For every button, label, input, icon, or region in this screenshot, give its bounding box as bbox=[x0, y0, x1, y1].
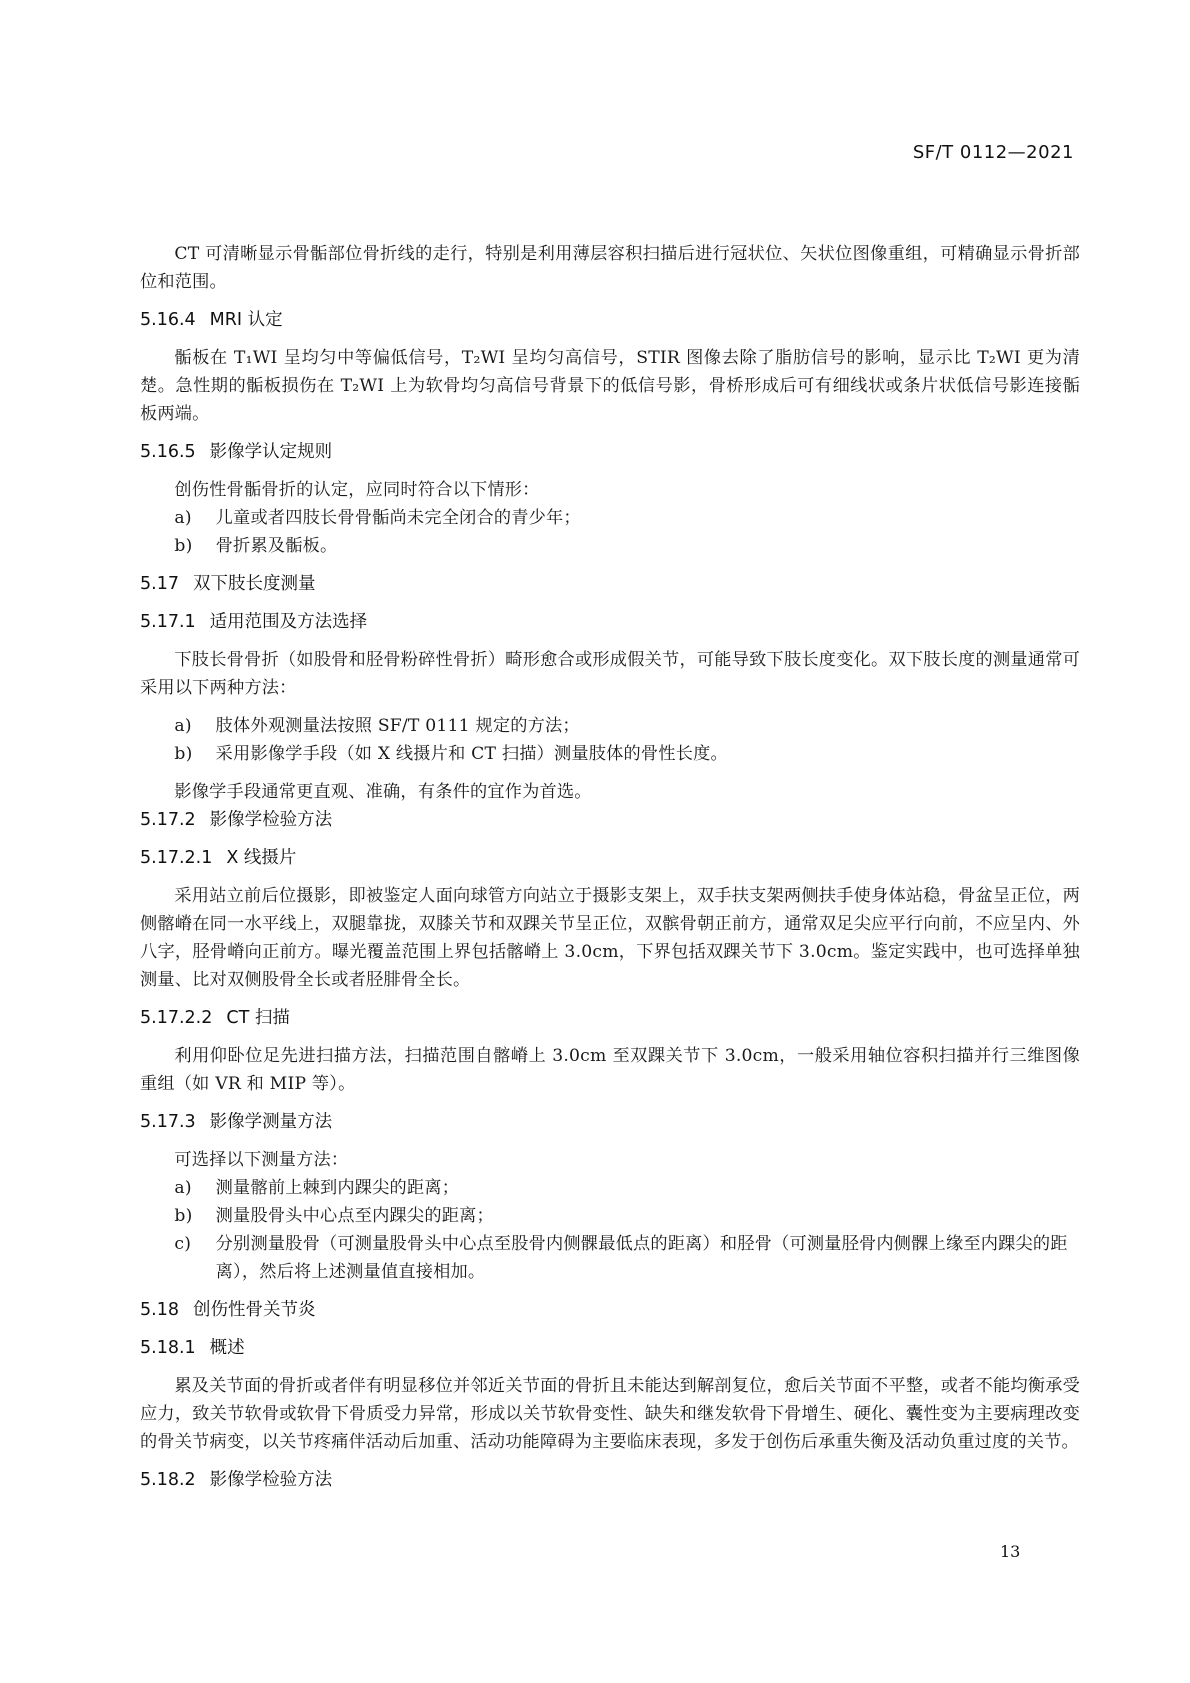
section-title: 影像学测量方法 bbox=[210, 1112, 333, 1132]
list-item: c)分别测量股骨（可测量股骨头中心点至股骨内侧髁最低点的距离）和胫骨（可测量胫骨… bbox=[140, 1230, 1080, 1286]
section-heading: 5.18.1概述 bbox=[140, 1334, 1080, 1362]
paragraph: 骺板在 T₁WI 呈均匀中等偏低信号，T₂WI 呈均匀高信号，STIR 图像去除… bbox=[140, 344, 1080, 428]
list-item-text: 测量股骨头中心点至内踝尖的距离； bbox=[216, 1206, 494, 1226]
list-item-text: 肢体外观测量法按照 SF/T 0111 规定的方法； bbox=[216, 716, 580, 736]
section-number: 5.18.1 bbox=[140, 1334, 196, 1362]
standard-code: SF/T 0112—2021 bbox=[913, 142, 1074, 163]
section-heading: 5.18创伤性骨关节炎 bbox=[140, 1296, 1080, 1324]
paragraph: CT 可清晰显示骨骺部位骨折线的走行，特别是利用薄层容积扫描后进行冠状位、矢状位… bbox=[140, 240, 1080, 296]
section-number: 5.17.1 bbox=[140, 608, 196, 636]
list-item: b)采用影像学手段（如 X 线摄片和 CT 扫描）测量肢体的骨性长度。 bbox=[140, 740, 1080, 768]
list-intro: 创伤性骨骺骨折的认定，应同时符合以下情形： bbox=[140, 476, 1080, 504]
section-heading: 5.17.2.1X 线摄片 bbox=[140, 844, 1080, 872]
section-title: 影像学检验方法 bbox=[210, 1470, 333, 1490]
enumerated-list: a)肢体外观测量法按照 SF/T 0111 规定的方法；b)采用影像学手段（如 … bbox=[140, 712, 1080, 768]
list-marker: c) bbox=[174, 1230, 215, 1258]
list-item: b)测量股骨头中心点至内踝尖的距离； bbox=[140, 1202, 1080, 1230]
list-marker: b) bbox=[174, 1202, 215, 1230]
section-title: MRI 认定 bbox=[210, 310, 283, 330]
paragraph: 采用站立前后位摄影，即被鉴定人面向球管方向站立于摄影支架上，双手扶支架两侧扶手使… bbox=[140, 882, 1080, 994]
section-heading: 5.17双下肢长度测量 bbox=[140, 570, 1080, 598]
section-number: 5.18.2 bbox=[140, 1466, 196, 1494]
list-item-text: 采用影像学手段（如 X 线摄片和 CT 扫描）测量肢体的骨性长度。 bbox=[216, 744, 728, 764]
list-item-text: 测量髂前上棘到内踝尖的距离； bbox=[216, 1178, 459, 1198]
section-title: 适用范围及方法选择 bbox=[210, 612, 368, 632]
document-body: CT 可清晰显示骨骺部位骨折线的走行，特别是利用薄层容积扫描后进行冠状位、矢状位… bbox=[140, 240, 1080, 1504]
section-number: 5.17 bbox=[140, 570, 179, 598]
section-heading: 5.17.2.2CT 扫描 bbox=[140, 1004, 1080, 1032]
list-item-text: 分别测量股骨（可测量股骨头中心点至股骨内侧髁最低点的距离）和胫骨（可测量胫骨内侧… bbox=[216, 1234, 1068, 1282]
section-number: 5.16.5 bbox=[140, 438, 196, 466]
section-heading: 5.17.3影像学测量方法 bbox=[140, 1108, 1080, 1136]
section-title: CT 扫描 bbox=[226, 1008, 289, 1028]
list-marker: a) bbox=[174, 1174, 215, 1202]
section-title: 双下肢长度测量 bbox=[193, 574, 316, 594]
paragraph: 利用仰卧位足先进扫描方法，扫描范围自髂嵴上 3.0cm 至双踝关节下 3.0cm… bbox=[140, 1042, 1080, 1098]
list-item-text: 儿童或者四肢长骨骨骺尚未完全闭合的青少年； bbox=[216, 508, 581, 528]
list-marker: a) bbox=[174, 712, 215, 740]
list-item: a)肢体外观测量法按照 SF/T 0111 规定的方法； bbox=[140, 712, 1080, 740]
paragraph: 下肢长骨骨折（如股骨和胫骨粉碎性骨折）畸形愈合或形成假关节，可能导致下肢长度变化… bbox=[140, 646, 1080, 702]
list-intro: 可选择以下测量方法： bbox=[140, 1146, 1080, 1174]
section-number: 5.16.4 bbox=[140, 306, 196, 334]
section-title: 影像学认定规则 bbox=[210, 442, 333, 462]
section-number: 5.17.2 bbox=[140, 806, 196, 834]
list-marker: b) bbox=[174, 532, 215, 560]
section-number: 5.18 bbox=[140, 1296, 179, 1324]
list-item: a)测量髂前上棘到内踝尖的距离； bbox=[140, 1174, 1080, 1202]
section-heading: 5.18.2影像学检验方法 bbox=[140, 1466, 1080, 1494]
list-item: a)儿童或者四肢长骨骨骺尚未完全闭合的青少年； bbox=[140, 504, 1080, 532]
enumerated-list: a)儿童或者四肢长骨骨骺尚未完全闭合的青少年；b)骨折累及骺板。 bbox=[140, 504, 1080, 560]
list-marker: b) bbox=[174, 740, 215, 768]
list-marker: a) bbox=[174, 504, 215, 532]
section-heading: 5.16.5影像学认定规则 bbox=[140, 438, 1080, 466]
page-number: 13 bbox=[1000, 1542, 1020, 1561]
section-heading: 5.17.2影像学检验方法 bbox=[140, 806, 1080, 834]
list-item: b)骨折累及骺板。 bbox=[140, 532, 1080, 560]
section-heading: 5.16.4MRI 认定 bbox=[140, 306, 1080, 334]
list-item-text: 骨折累及骺板。 bbox=[216, 536, 338, 556]
enumerated-list: a)测量髂前上棘到内踝尖的距离；b)测量股骨头中心点至内踝尖的距离；c)分别测量… bbox=[140, 1174, 1080, 1286]
section-title: X 线摄片 bbox=[226, 848, 296, 868]
section-number: 5.17.3 bbox=[140, 1108, 196, 1136]
section-number: 5.17.2.2 bbox=[140, 1004, 212, 1032]
section-number: 5.17.2.1 bbox=[140, 844, 212, 872]
section-title: 影像学检验方法 bbox=[210, 810, 333, 830]
section-heading: 5.17.1适用范围及方法选择 bbox=[140, 608, 1080, 636]
paragraph: 累及关节面的骨折或者伴有明显移位并邻近关节面的骨折且未能达到解剖复位，愈后关节面… bbox=[140, 1372, 1080, 1456]
section-title: 概述 bbox=[210, 1338, 245, 1358]
section-title: 创伤性骨关节炎 bbox=[193, 1300, 316, 1320]
list-intro: 影像学手段通常更直观、准确，有条件的宜作为首选。 bbox=[140, 778, 1080, 806]
